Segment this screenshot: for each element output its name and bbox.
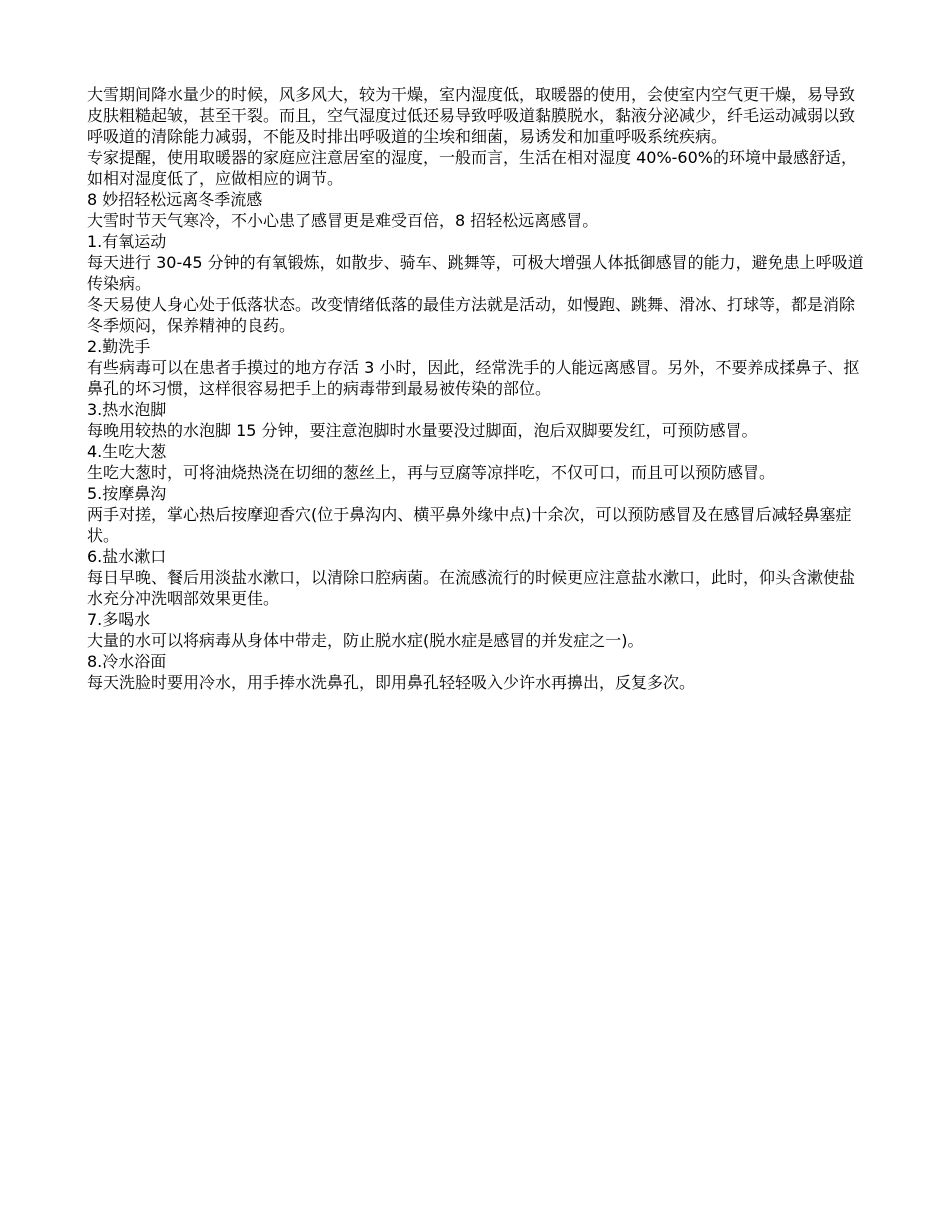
section-heading: 3.热水泡脚 [87, 399, 868, 420]
body-paragraph: 每天进行 30-45 分钟的有氧锻炼，如散步、骑车、跳舞等，可极大增强人体抵御感… [87, 252, 868, 294]
body-paragraph: 专家提醒，使用取暖器的家庭应注意居室的湿度，一般而言，生活在相对湿度 40%-6… [87, 147, 868, 189]
body-paragraph: 大雪期间降水量少的时候，风多风大，较为干燥，室内湿度低，取暖器的使用，会使室内空… [87, 84, 868, 147]
section-heading: 2.勤洗手 [87, 336, 868, 357]
document-page: 大雪期间降水量少的时候，风多风大，较为干燥，室内湿度低，取暖器的使用，会使室内空… [0, 0, 950, 1230]
body-paragraph: 每天洗脸时要用冷水，用手捧水洗鼻孔，即用鼻孔轻轻吸入少许水再擤出，反复多次。 [87, 672, 868, 693]
body-paragraph: 每晚用较热的水泡脚 15 分钟，要注意泡脚时水量要没过脚面，泡后双脚要发红，可预… [87, 420, 868, 441]
body-paragraph: 冬天易使人身心处于低落状态。改变情绪低落的最佳方法就是活动，如慢跑、跳舞、滑冰、… [87, 294, 868, 336]
body-paragraph: 有些病毒可以在患者手摸过的地方存活 3 小时，因此，经常洗手的人能远离感冒。另外… [87, 357, 868, 399]
body-paragraph: 每日早晚、餐后用淡盐水漱口，以清除口腔病菌。在流感流行的时候更应注意盐水漱口，此… [87, 567, 868, 609]
body-paragraph: 大量的水可以将病毒从身体中带走，防止脱水症(脱水症是感冒的并发症之一)。 [87, 630, 868, 651]
body-paragraph: 两手对搓，掌心热后按摩迎香穴(位于鼻沟内、横平鼻外缘中点)十余次，可以预防感冒及… [87, 504, 868, 546]
section-heading: 1.有氧运动 [87, 231, 868, 252]
body-paragraph: 生吃大葱时，可将油烧热浇在切细的葱丝上，再与豆腐等凉拌吃，不仅可口，而且可以预防… [87, 462, 868, 483]
document-body: 大雪期间降水量少的时候，风多风大，较为干燥，室内湿度低，取暖器的使用，会使室内空… [87, 84, 868, 693]
section-heading: 7.多喝水 [87, 609, 868, 630]
section-heading: 8 妙招轻松远离冬季流感 [87, 189, 868, 210]
section-heading: 8.冷水浴面 [87, 651, 868, 672]
section-heading: 6.盐水漱口 [87, 546, 868, 567]
body-paragraph: 大雪时节天气寒冷，不小心患了感冒更是难受百倍，8 招轻松远离感冒。 [87, 210, 868, 231]
section-heading: 5.按摩鼻沟 [87, 483, 868, 504]
section-heading: 4.生吃大葱 [87, 441, 868, 462]
